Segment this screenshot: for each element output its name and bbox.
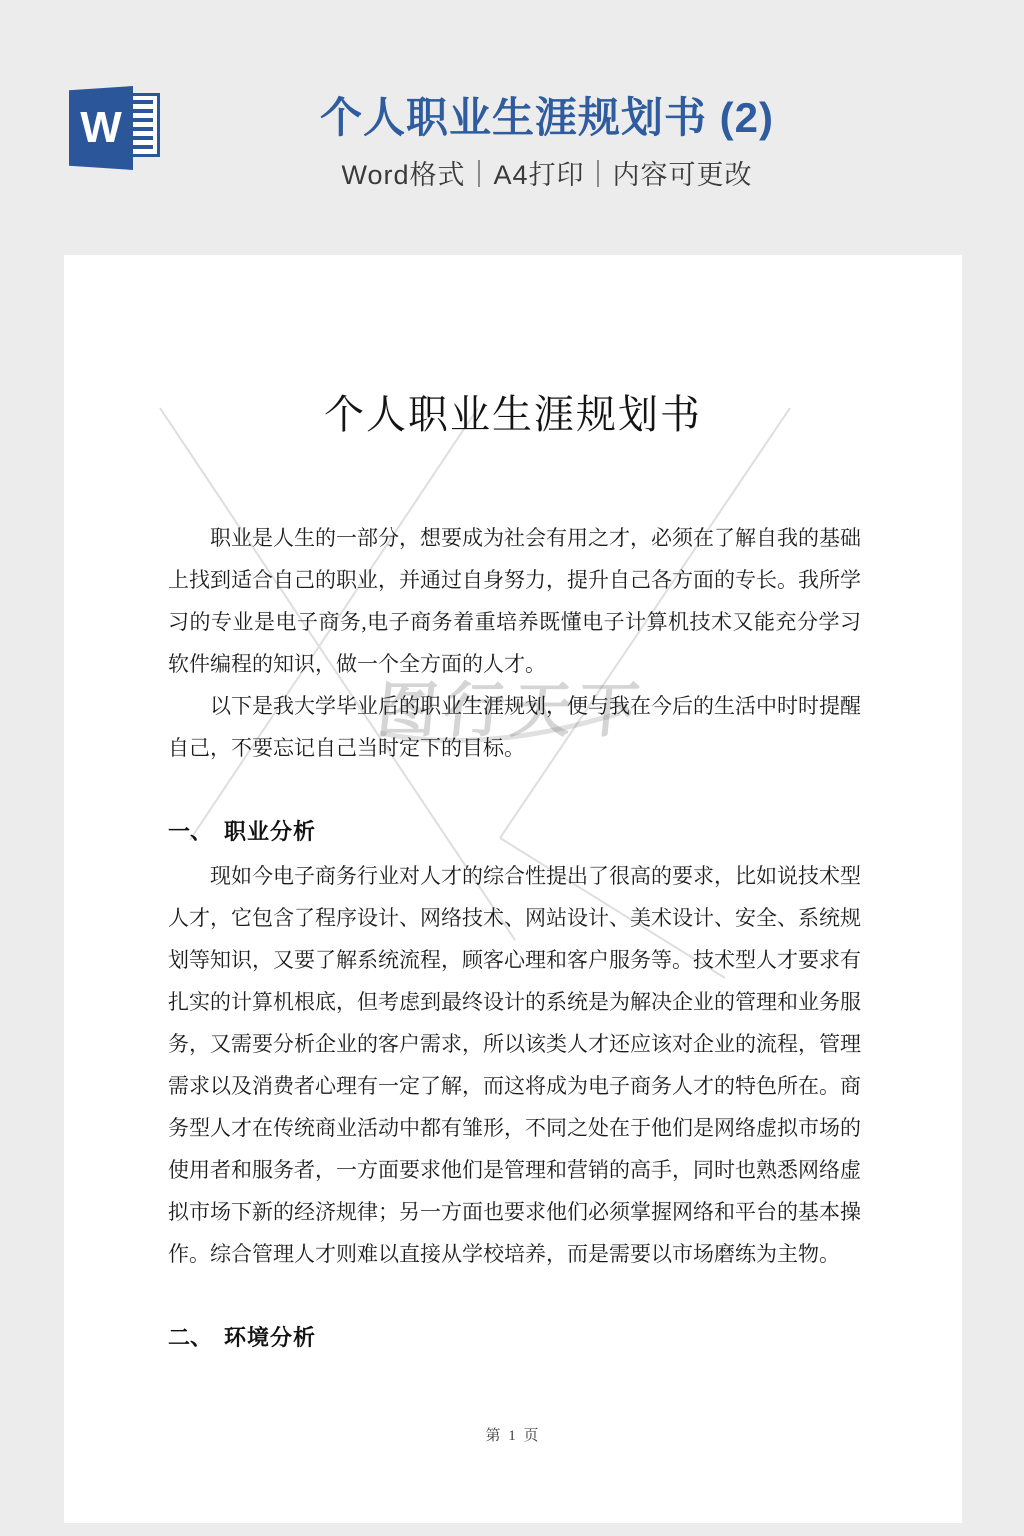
header: W 个人职业生涯规划书 (2) Word格式｜A4打印｜内容可更改 <box>0 0 1024 255</box>
paragraph-intro-2: 以下是我大学毕业后的职业生涯规划，便与我在今后的生活中时时提醒自己，不要忘记自己… <box>168 685 861 769</box>
section-heading-2: 二、环境分析 <box>168 1317 861 1359</box>
section-1-title: 职业分析 <box>224 819 316 844</box>
document-body: 职业是人生的一部分，想要成为社会有用之才，必须在了解自我的基础上找到适合自己的职… <box>168 517 861 1359</box>
template-title: 个人职业生涯规划书 (2) <box>70 92 1024 145</box>
section-heading-1: 一、职业分析 <box>168 811 861 853</box>
section-1-number: 一、 <box>168 819 212 844</box>
template-subtitle: Word格式｜A4打印｜内容可更改 <box>70 153 1024 192</box>
document-page: 图行天下 个人职业生涯规划书 职业是人生的一部分，想要成为社会有用之才，必须在了… <box>64 255 962 1523</box>
page-number: 第 1 页 <box>64 1424 962 1445</box>
section-2-number: 二、 <box>168 1325 212 1350</box>
section-1-paragraph: 现如今电子商务行业对人才的综合性提出了很高的要求，比如说技术型人才，它包含了程序… <box>168 855 861 1275</box>
document-title: 个人职业生涯规划书 <box>64 255 962 442</box>
section-2-title: 环境分析 <box>224 1325 316 1350</box>
paragraph-intro-1: 职业是人生的一部分，想要成为社会有用之才，必须在了解自我的基础上找到适合自己的职… <box>168 517 861 685</box>
header-text: 个人职业生涯规划书 (2) Word格式｜A4打印｜内容可更改 <box>70 92 1024 192</box>
